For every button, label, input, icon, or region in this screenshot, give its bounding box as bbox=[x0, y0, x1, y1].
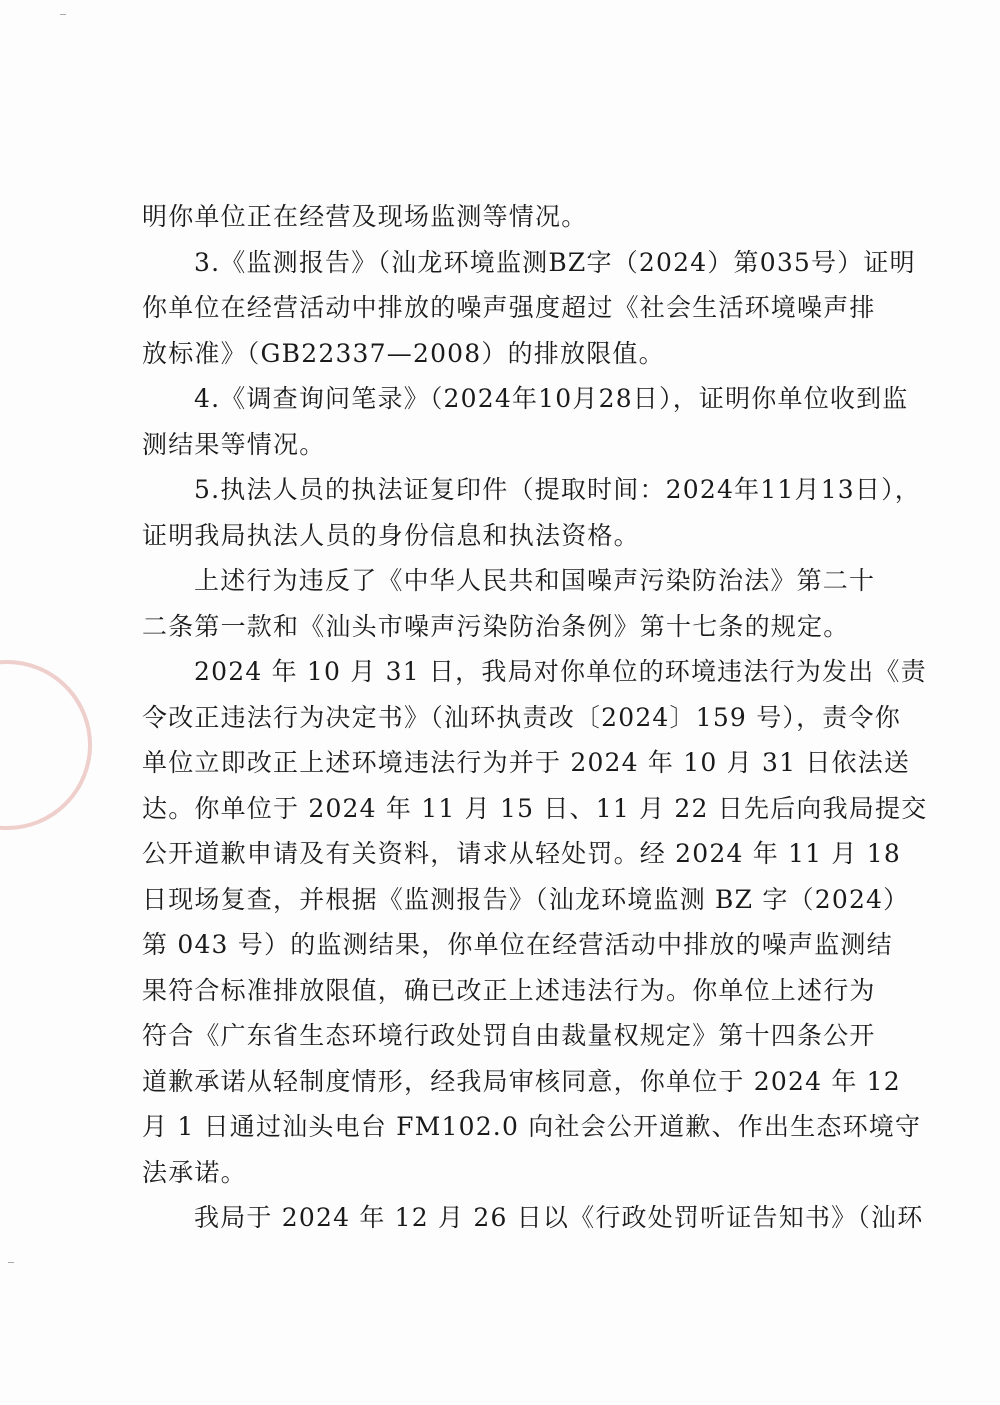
scan-mark bbox=[8, 1262, 14, 1263]
text-line: 你单位在经营活动中排放的噪声强度超过《社会生活环境噪声排 bbox=[142, 285, 870, 331]
text-line: 达。你单位于 2024 年 11 月 15 日、11 月 22 日先后向我局提交 bbox=[142, 786, 870, 832]
text-line: 公开道歉申请及有关资料，请求从轻处罚。经 2024 年 11 月 18 bbox=[142, 831, 870, 877]
document-page: 明你单位正在经营及现场监测等情况。 3.《监测报告》（汕龙环境监测BZ字（202… bbox=[0, 0, 1000, 1405]
text-line: 测结果等情况。 bbox=[142, 422, 870, 468]
text-line: 道歉承诺从轻制度情形，经我局审核同意，你单位于 2024 年 12 bbox=[142, 1059, 870, 1105]
text-line: 日现场复查，并根据《监测报告》（汕龙环境监测 BZ 字（2024） bbox=[142, 877, 870, 923]
text-line: 证明我局执法人员的身份信息和执法资格。 bbox=[142, 513, 870, 559]
text-line: 第 043 号）的监测结果，你单位在经营活动中排放的噪声监测结 bbox=[142, 922, 870, 968]
scan-mark bbox=[60, 14, 66, 15]
text-line: 符合《广东省生态环境行政处罚自由裁量权规定》第十四条公开 bbox=[142, 1013, 870, 1059]
text-line: 3.《监测报告》（汕龙环境监测BZ字（2024）第035号）证明 bbox=[142, 240, 870, 286]
text-line: 4.《调查询问笔录》（2024年10月28日），证明你单位收到监 bbox=[142, 376, 870, 422]
text-line: 上述行为违反了《中华人民共和国噪声污染防治法》第二十 bbox=[142, 558, 870, 604]
text-line: 单位立即改正上述环境违法行为并于 2024 年 10 月 31 日依法送 bbox=[142, 740, 870, 786]
text-line: 果符合标准排放限值，确已改正上述违法行为。你单位上述行为 bbox=[142, 968, 870, 1014]
official-seal-stamp bbox=[0, 660, 92, 830]
text-line: 令改正违法行为决定书》（汕环执责改〔2024〕159 号），责令你 bbox=[142, 695, 870, 741]
text-line: 法承诺。 bbox=[142, 1150, 870, 1196]
text-line: 我局于 2024 年 12 月 26 日以《行政处罚听证告知书》（汕环 bbox=[142, 1195, 870, 1241]
text-line: 月 1 日通过汕头电台 FM102.0 向社会公开道歉、作出生态环境守 bbox=[142, 1104, 870, 1150]
text-line: 5.执法人员的执法证复印件（提取时间：2024年11月13日）， bbox=[142, 467, 870, 513]
text-line: 2024 年 10 月 31 日，我局对你单位的环境违法行为发出《责 bbox=[142, 649, 870, 695]
text-line: 放标准》（GB22337—2008）的排放限值。 bbox=[142, 331, 870, 377]
document-body: 明你单位正在经营及现场监测等情况。 3.《监测报告》（汕龙环境监测BZ字（202… bbox=[142, 194, 870, 1241]
text-line: 明你单位正在经营及现场监测等情况。 bbox=[142, 194, 870, 240]
text-line: 二条第一款和《汕头市噪声污染防治条例》第十七条的规定。 bbox=[142, 604, 870, 650]
